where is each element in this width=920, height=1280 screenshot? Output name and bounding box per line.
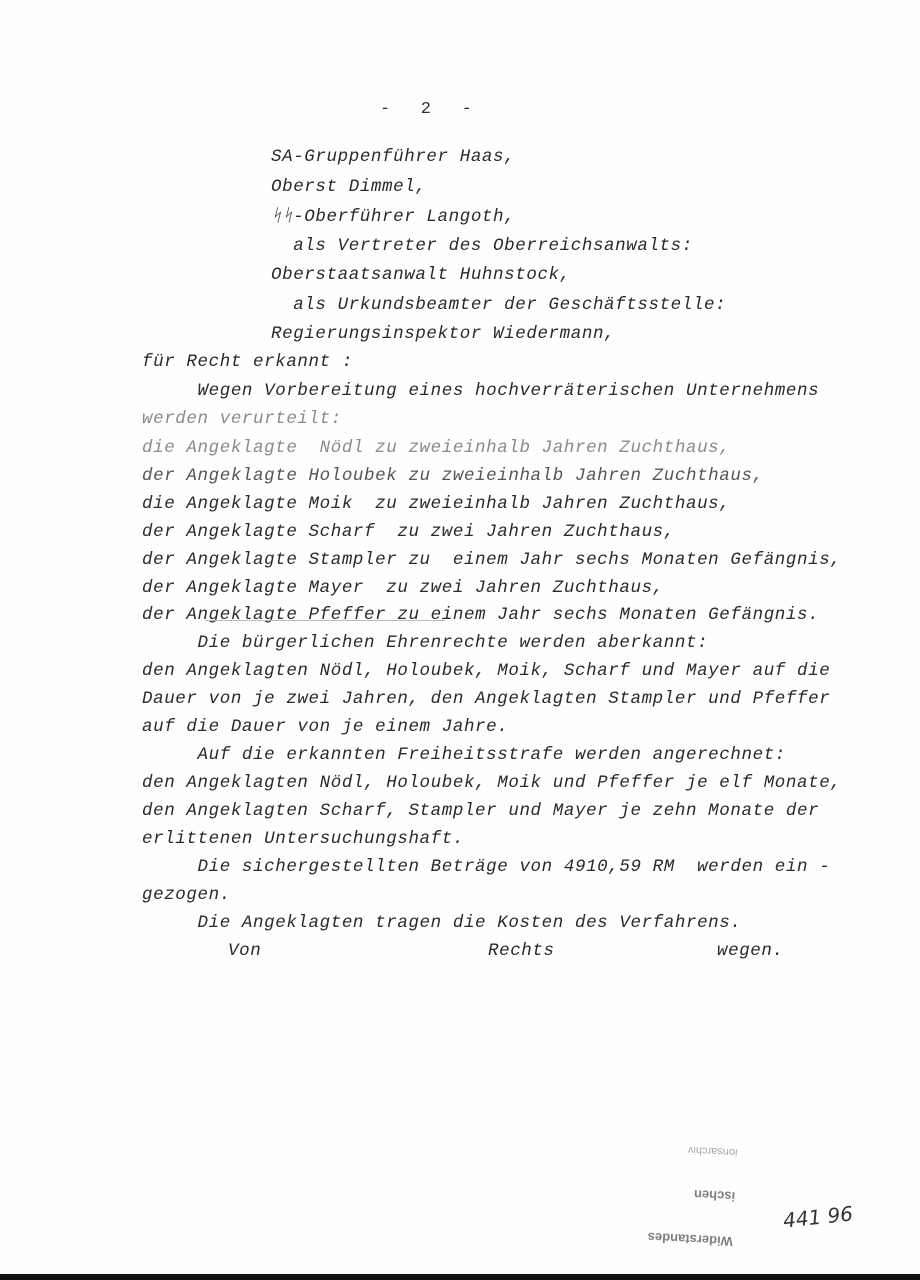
- closing-right: wegen.: [717, 941, 784, 961]
- court-member: Oberstaatsanwalt Huhnstock,: [271, 265, 571, 285]
- credit-line: Auf die erkannten Freiheitsstrafe werden…: [142, 745, 786, 765]
- civil-rights-line: Die bürgerlichen Ehrenrechte werden aber…: [142, 633, 708, 653]
- scan-border: [0, 1274, 920, 1280]
- court-member: SA-Gruppenführer Haas,: [271, 147, 515, 167]
- sentence-line: die Angeklagte Nödl zu zweieinhalb Jahre…: [142, 438, 730, 458]
- page-number: - 2 -: [380, 100, 472, 119]
- court-member: Regierungsinspektor Wiedermann,: [271, 324, 615, 344]
- costs-line: Die Angeklagten tragen die Kosten des Ve…: [142, 913, 742, 933]
- closing-center: Rechts: [488, 941, 555, 961]
- sentence-line: der Angeklagte Pfeffer zu einem Jahr sec…: [142, 605, 819, 625]
- archive-stamp: Widerstandes ischen ionsarchiv: [646, 1110, 740, 1279]
- underline-mark: [205, 620, 445, 621]
- court-member: als Urkundsbeamter der Geschäftsstelle:: [271, 295, 726, 315]
- verdict-intro: für Recht erkannt :: [142, 352, 353, 372]
- confiscation-line: Die sichergestellten Beträge von 4910,59…: [142, 857, 830, 877]
- credit-line: den Angeklagten Nödl, Holoubek, Moik und…: [142, 773, 841, 793]
- stamp-line: Widerstandes: [647, 1230, 733, 1249]
- confiscation-line: gezogen.: [142, 885, 231, 905]
- sentence-line: der Angeklagte Mayer zu zwei Jahren Zuch…: [142, 578, 664, 598]
- court-member: als Vertreter des Oberreichsanwalts:: [271, 236, 693, 256]
- document-page: - 2 - SA-Gruppenführer Haas, Oberst Dimm…: [0, 0, 920, 1274]
- civil-rights-line: Dauer von je zwei Jahren, den Angeklagte…: [142, 689, 830, 709]
- stamp-line: ionsarchiv: [652, 1140, 738, 1159]
- closing-left: Von: [228, 941, 261, 961]
- credit-line: erlittenen Untersuchungshaft.: [142, 829, 464, 849]
- sentenced-line: werden verurteilt:: [142, 409, 342, 429]
- sentence-line: der Angeklagte Stampler zu einem Jahr se…: [142, 550, 841, 570]
- court-member: ᛋᛋ-Oberführer Langoth,: [271, 207, 515, 227]
- charge-line: Wegen Vorbereitung eines hochverräterisc…: [142, 381, 819, 401]
- sentence-line: der Angeklagte Holoubek zu zweieinhalb J…: [142, 466, 764, 486]
- court-member: Oberst Dimmel,: [271, 177, 426, 197]
- civil-rights-line: auf die Dauer von je einem Jahre.: [142, 717, 508, 737]
- stamp-line: ischen: [650, 1185, 736, 1204]
- sentence-line: der Angeklagte Scharf zu zwei Jahren Zuc…: [142, 522, 675, 542]
- civil-rights-line: den Angeklagten Nödl, Holoubek, Moik, Sc…: [142, 661, 830, 681]
- sentence-line: die Angeklagte Moik zu zweieinhalb Jahre…: [142, 494, 730, 514]
- handwritten-archive-number: 441 96: [782, 1201, 854, 1232]
- credit-line: den Angeklagten Scharf, Stampler und May…: [142, 801, 819, 821]
